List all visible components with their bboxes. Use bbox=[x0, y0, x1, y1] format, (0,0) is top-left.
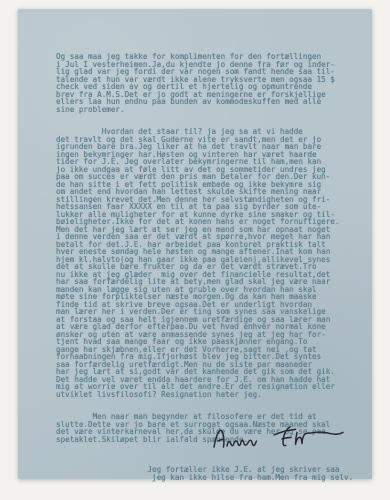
signature-anna-fuhr-icon bbox=[210, 417, 346, 459]
letter-paragraph-2: Hvordan det staar til? ja jeg sa at vi h… bbox=[56, 128, 353, 398]
page-background: { "colors":{ "page-bg":"#f3f2ee", "paper… bbox=[0, 0, 390, 500]
letter-paragraph-1: Og saa maa jeg takke for komplimenten fo… bbox=[56, 53, 353, 113]
letter-paper: Og saa maa jeg takke for komplimenten fo… bbox=[18, 9, 372, 479]
handwritten-signature bbox=[210, 417, 346, 459]
letter-closing: Jeg fortæller ikke J.E. at jeg skriver s… bbox=[56, 466, 353, 481]
